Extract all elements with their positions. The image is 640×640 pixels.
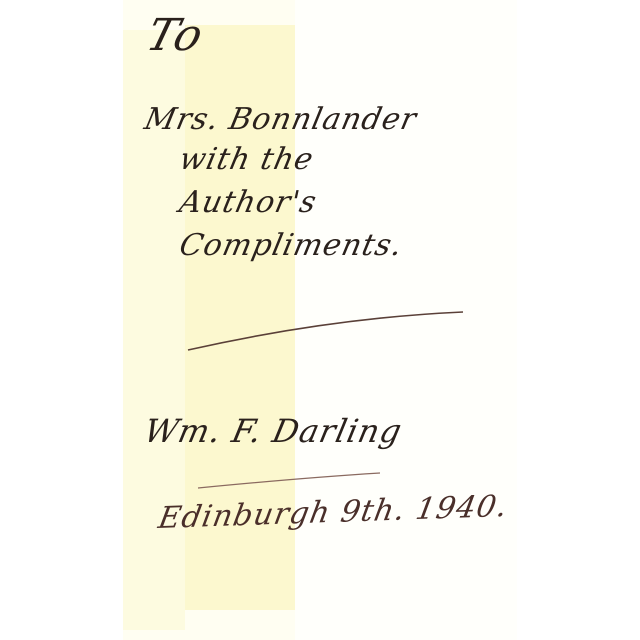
- author-signature: Wm. F. Darling: [141, 412, 406, 450]
- divider-line: [0, 0, 640, 640]
- signature-underline: [198, 473, 380, 488]
